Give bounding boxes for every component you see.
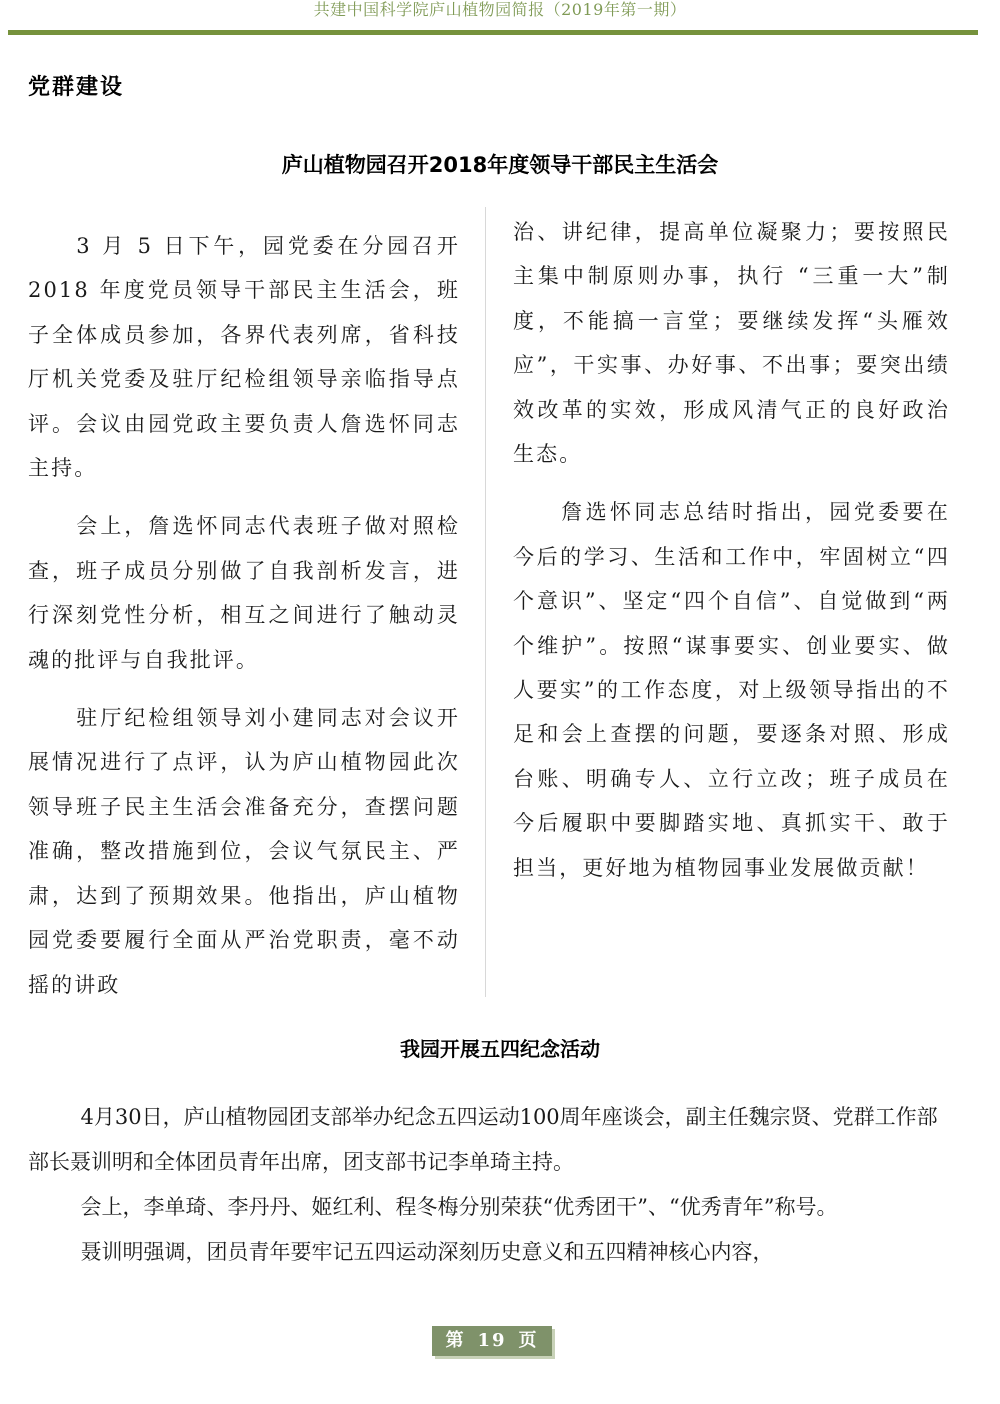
- page-number-badge: 第19页: [432, 1326, 552, 1356]
- page-suffix: 页: [519, 1330, 539, 1351]
- article-right-column: 治、讲纪律，提高单位凝聚力；要按照民主集中制原则办事，执行 “三重一大”制度，不…: [513, 210, 950, 890]
- paragraph: 3 月 5 日下午，园党委在分园召开2018 年度党员领导干部民主生活会，班子全…: [28, 224, 460, 490]
- header-rule: [8, 30, 978, 35]
- article-body: 4月30日，庐山植物园团支部举办纪念五四运动100周年座谈会，副主任魏宗贤、党群…: [28, 1095, 950, 1275]
- paragraph: 会上，李单琦、李丹丹、姬红利、程冬梅分别荣获“优秀团干”、“优秀青年”称号。: [28, 1185, 950, 1230]
- paragraph: 詹选怀同志总结时指出，园党委要在今后的学习、生活和工作中，牢固树立“四个意识”、…: [513, 490, 950, 890]
- page-number: 19: [477, 1330, 506, 1351]
- paragraph: 驻厅纪检组领导刘小建同志对会议开展情况进行了点评，认为庐山植物园此次领导班子民主…: [28, 696, 460, 1007]
- paragraph: 4月30日，庐山植物园团支部举办纪念五四运动100周年座谈会，副主任魏宗贤、党群…: [28, 1095, 950, 1185]
- section-label: 党群建设: [28, 70, 124, 101]
- running-header: 共建中国科学院庐山植物园简报（2019年第一期）: [0, 0, 1000, 20]
- paragraph: 治、讲纪律，提高单位凝聚力；要按照民主集中制原则办事，执行 “三重一大”制度，不…: [513, 210, 950, 476]
- paragraph: 会上，詹选怀同志代表班子做对照检查，班子成员分别做了自我剖析发言，进行深刻党性分…: [28, 504, 460, 682]
- article-title: 庐山植物园召开2018年度领导干部民主生活会: [0, 149, 1000, 179]
- page-prefix: 第: [445, 1330, 465, 1351]
- article-left-column: 3 月 5 日下午，园党委在分园召开2018 年度党员领导干部民主生活会，班子全…: [28, 224, 460, 1007]
- column-divider: [485, 207, 486, 997]
- paragraph: 聂训明强调，团员青年要牢记五四运动深刻历史意义和五四精神核心内容，: [28, 1230, 950, 1275]
- article-title: 我园开展五四纪念活动: [0, 1033, 1000, 1062]
